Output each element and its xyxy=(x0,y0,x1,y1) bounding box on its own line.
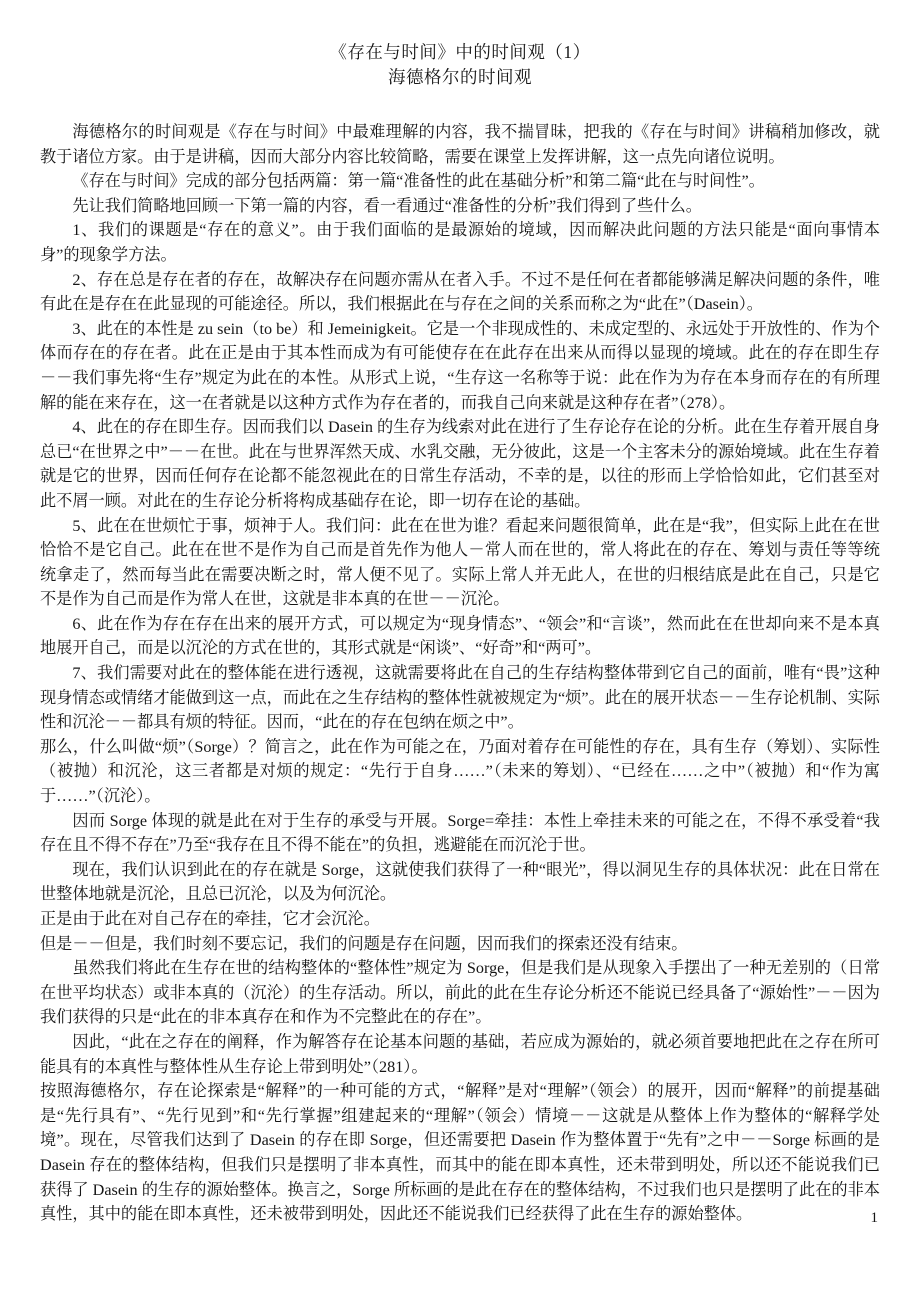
paragraph-intro: 海德格尔的时间观是《存在与时间》中最难理解的内容，我不揣冒昧，把我的《存在与时间… xyxy=(40,120,880,169)
paragraph-sorge-definition: 那么，什么叫做“烦”（Sorge）？简言之，此在作为可能之在，乃面对着存在可能性… xyxy=(40,735,880,809)
page-number: 1 xyxy=(871,1208,879,1228)
paragraph-sinking: 正是由于此在对自己存在的牵挂，它才会沉沦。 xyxy=(40,907,880,932)
paragraph-point-7: 7、我们需要对此在的整体能在进行透视，这就需要将此在自己的生存结构整体带到它自己… xyxy=(40,661,880,735)
document-page: 《存在与时间》中的时间观（1） 海德格尔的时间观 海德格尔的时间观是《存在与时间… xyxy=(0,0,920,1302)
paragraph-point-6: 6、此在作为存在存在出来的展开方式，可以规定为“现身情态”、“领会”和“言谈”，… xyxy=(40,612,880,661)
paragraph-point-2: 2、存在总是存在者的存在，故解决存在问题亦需从在者入手。不过不是任何在者都能够满… xyxy=(40,268,880,317)
paragraph-point-5: 5、此在在世烦忙于事，烦神于人。我们问：此在在世为谁？看起来问题很简单，此在是“… xyxy=(40,514,880,612)
paragraph-review: 先让我们简略地回顾一下第一篇的内容，看一看通过“准备性的分析”我们得到了些什么。 xyxy=(40,194,880,219)
paragraph-but: 但是－－但是，我们时刻不要忘记，我们的问题是存在问题，因而我们的探索还没有结束。 xyxy=(40,932,880,957)
document-subtitle: 海德格尔的时间观 xyxy=(40,65,880,90)
paragraph-insight: 现在，我们认识到此在的存在就是 Sorge，这就使我们获得了一种“眼光”，得以洞… xyxy=(40,858,880,907)
paragraph-sorge-meaning: 因而 Sorge 体现的就是此在对于生存的承受与开展。Sorge=牵挂：本性上牵… xyxy=(40,809,880,858)
paragraph-point-4: 4、此在的存在即生存。因而我们以 Dasein 的生存为线索对此在进行了生存论存… xyxy=(40,415,880,513)
paragraph-wholeness: 虽然我们将此在生存在世的结构整体的“整体性”规定为 Sorge，但是我们是从现象… xyxy=(40,956,880,1030)
document-title: 《存在与时间》中的时间观（1） xyxy=(40,40,880,65)
paragraph-point-3: 3、此在的本性是 zu sein（to be）和 Jemeinigkeit。它是… xyxy=(40,317,880,415)
paragraph-point-1: 1、我们的课题是“存在的意义”。由于我们面临的是最源始的境域，因而解决此问题的方… xyxy=(40,218,880,267)
paragraph-quote-281: 因此，“此在之存在的阐释，作为解答存在论基本问题的基础，若应成为源始的，就必须首… xyxy=(40,1030,880,1079)
document-body: 海德格尔的时间观是《存在与时间》中最难理解的内容，我不揣冒昧，把我的《存在与时间… xyxy=(40,120,880,1227)
paragraph-two-parts: 《存在与时间》完成的部分包括两篇：第一篇“准备性的此在基础分析”和第二篇“此在与… xyxy=(40,169,880,194)
paragraph-hermeneutic: 按照海德格尔，存在论探索是“解释”的一种可能的方式，“解释”是对“理解”（领会）… xyxy=(40,1079,880,1227)
